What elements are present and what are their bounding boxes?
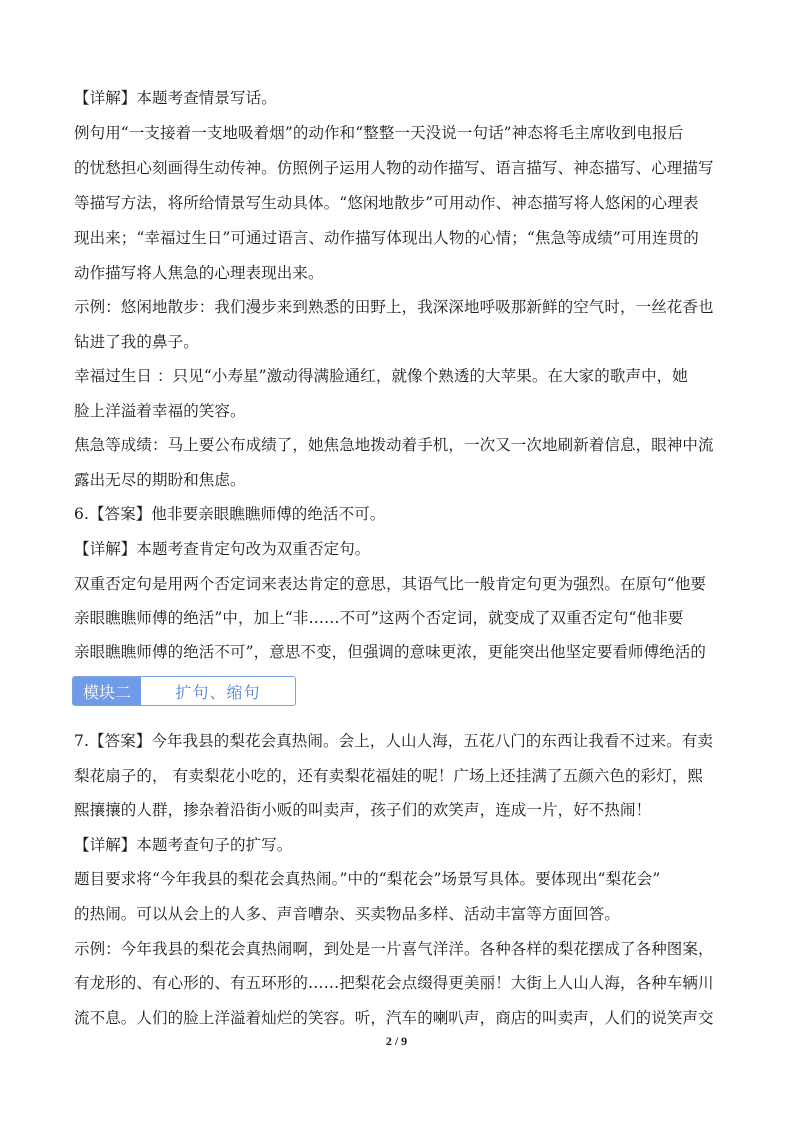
detail-line: 双重否定句是用两个否定词来表达肯定的意思，其语气比一般肯定句更为强烈。在原句“他… <box>74 574 706 594</box>
detail-line: 等描写方法，将所给情景写生动具体。“悠闲地散步”可用动作、神态描写将人悠闲的心理… <box>74 193 698 213</box>
answer-line: 熙攘攘的人群，掺杂着沿街小贩的叫卖声，孩子们的欢笑声，连成一片，好不热闹！ <box>74 800 651 820</box>
detail-line: 的忧愁担心刻画得生动传神。仿照例子运用人物的动作描写、语言描写、神态描写、心理描… <box>74 158 714 178</box>
example-line: 钻进了我的鼻子。 <box>74 332 199 352</box>
module-banner: 模块二 扩句、缩句 <box>72 676 296 706</box>
example-line: 有龙形的、有心形的、有五环形的……把梨花会点缀得更美丽！大街上人山人海，各种车辆… <box>74 973 714 993</box>
example-line: 脸上洋溢着幸福的笑容。 <box>74 401 246 421</box>
example-line: 露出无尽的期盼和焦虑。 <box>74 470 246 490</box>
detail-heading-6: 【详解】本题考查肯定句改为双重否定句。 <box>74 539 370 559</box>
detail-line: 的热闹。可以从会上的人多、声音嘈杂、买卖物品多样、活动丰富等方面回答。 <box>74 904 620 924</box>
module-title: 扩句、缩句 <box>141 677 295 705</box>
example-line: 示例：今年我县的梨花会真热闹啊，到处是一片喜气洋洋。各种各样的梨花摆成了各种图案… <box>74 939 714 959</box>
answer-6: 6.【答案】他非要亲眼瞧瞧师傅的绝活不可。 <box>74 504 385 524</box>
detail-heading-7: 【详解】本题考查句子的扩写。 <box>74 835 292 855</box>
detail-line: 亲眼瞧瞧师傅的绝活不可”，意思不变，但强调的意味更浓，更能突出他坚定要看师傅绝活… <box>74 642 706 662</box>
example-line: 示例：悠闲地散步：我们漫步来到熟悉的田野上，我深深地呼吸那新鲜的空气时，一丝花香… <box>74 297 714 317</box>
answer-line: 梨花扇子的， 有卖梨花小吃的，还有卖梨花福娃的呢！广场上还挂满了五颜六色的彩灯，… <box>74 766 703 786</box>
example-line: 焦急等成绩：马上要公布成绩了，她焦急地拨动着手机，一次又一次地刷新着信息，眼神中… <box>74 435 714 455</box>
example-line: 幸福过生日 ：只见“小寿星”激动得满脸通红，就像个熟透的大苹果。在大家的歌声中，… <box>74 366 688 386</box>
detail-line: 现出来；“幸福过生日”可通过语言、动作描写体现出人物的心情；“焦急等成绩”可用连… <box>74 228 699 248</box>
detail-line: 题目要求将“今年我县的梨花会真热闹。”中的“梨花会”场景写具体。要体现出“梨花会… <box>74 869 660 889</box>
detail-heading-5: 【详解】本题考查情景写话。 <box>74 88 277 108</box>
example-line: 流不息。人们的脸上洋溢着灿烂的笑容。听，汽车的喇叭声，商店的叫卖声，人们的说笑声… <box>74 1008 714 1028</box>
detail-line: 亲眼瞧瞧师傅的绝活”中，加上“非……不可”这两个否定词，就变成了双重否定句“他非… <box>74 608 683 628</box>
answer-line: 7.【答案】今年我县的梨花会真热闹。会上，人山人海，五花八门的东西让我看不过来。… <box>74 731 713 751</box>
detail-line: 动作描写将人焦急的心理表现出来。 <box>74 263 324 283</box>
detail-line: 例句用“一支接着一支地吸着烟”的动作和“整整一天没说一句话”神态将毛主席收到电报… <box>74 123 683 143</box>
page-number: 2 / 9 <box>0 1034 793 1049</box>
module-tag: 模块二 <box>73 677 141 705</box>
